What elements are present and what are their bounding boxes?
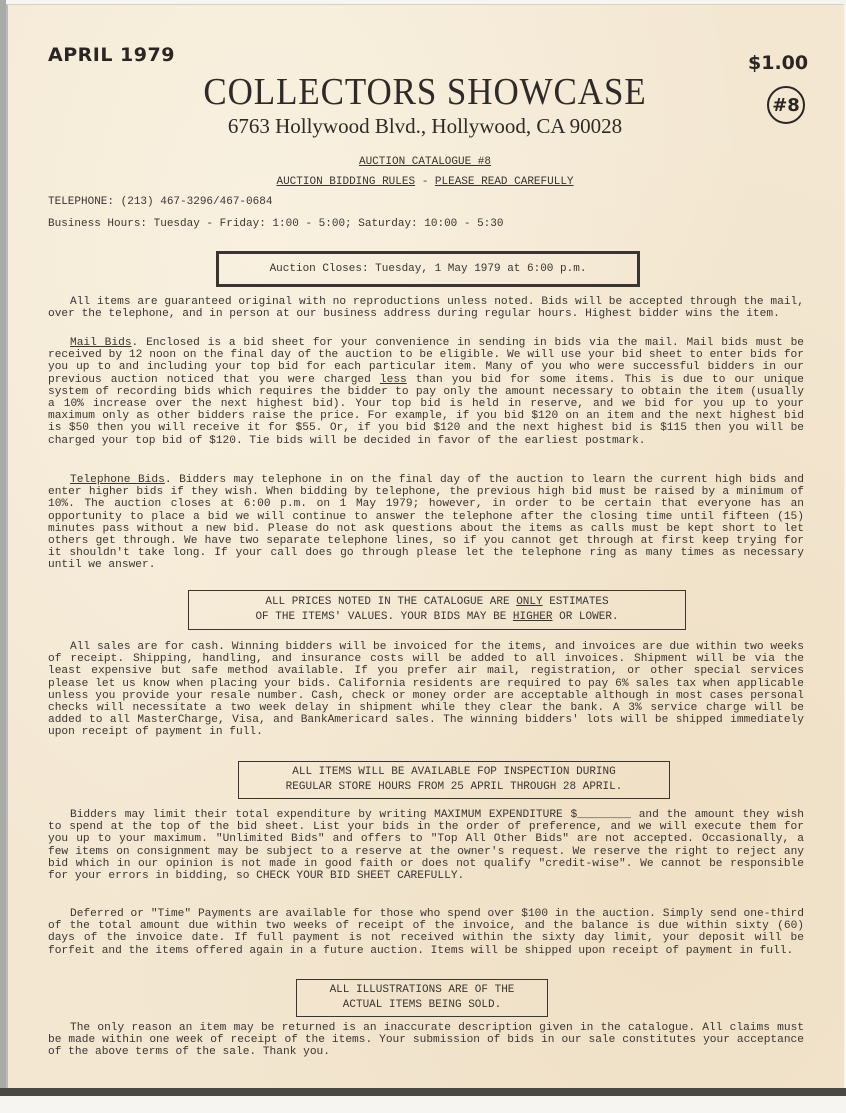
telephone-bids-paragraph: Telephone Bids. Bidders may telephone in… <box>48 474 804 572</box>
rules-separator: - <box>415 176 435 188</box>
issue-number-badge: #8 <box>767 86 805 124</box>
returns-text: The only reason an item may be returned … <box>48 1022 804 1059</box>
sales-terms-paragraph: All sales are for cash. Winning bidders … <box>48 641 804 739</box>
expenditure-limit-text: Bidders may limit their total expenditur… <box>48 809 804 882</box>
price-estimates-line-1: ALL PRICES NOTED IN THE CATALOGUE ARE ON… <box>189 595 685 610</box>
inspection-line-1: ALL ITEMS WILL BE AVAILABLE FOP INSPECTI… <box>239 765 669 780</box>
price-estimates-box: ALL PRICES NOTED IN THE CATALOGUE ARE ON… <box>188 590 686 630</box>
inspection-line-2: REGULAR STORE HOURS FROM 25 APRIL THROUG… <box>239 780 669 795</box>
less-emphasis: less <box>380 374 407 386</box>
rules-heading: AUCTION BIDDING RULES - PLEASE READ CARE… <box>140 176 710 188</box>
read-carefully-label: PLEASE READ CAREFULLY <box>435 176 574 188</box>
returns-paragraph: The only reason an item may be returned … <box>48 1022 804 1059</box>
business-hours: Business Hours: Tuesday - Friday: 1:00 -… <box>48 218 503 230</box>
auction-closing-box: Auction Closes: Tuesday, 1 May 1979 at 6… <box>216 251 640 287</box>
intro-paragraph: All items are guaranteed original with n… <box>48 296 804 320</box>
issue-date: APRIL 1979 <box>48 44 175 66</box>
telephone-bids-heading: Telephone Bids <box>70 474 165 486</box>
mail-bids-heading: Mail Bids <box>70 337 132 349</box>
sales-terms-text: All sales are for cash. Winning bidders … <box>48 641 804 739</box>
deferred-payments-paragraph: Deferred or "Time" Payments are availabl… <box>48 908 804 957</box>
publication-title: COLLECTORS SHOWCASE <box>163 70 687 114</box>
deferred-payments-text: Deferred or "Time" Payments are availabl… <box>48 908 804 957</box>
auction-closing-text: Auction Closes: Tuesday, 1 May 1979 at 6… <box>219 262 637 277</box>
intro-text: All items are guaranteed original with n… <box>48 296 804 320</box>
telephone-bids-text: . Bidders may telephone in on the final … <box>48 474 804 571</box>
price-estimates-line-2: OF THE ITEMS' VALUES. YOUR BIDS MAY BE H… <box>189 610 685 625</box>
rules-label: AUCTION BIDDING RULES <box>276 176 415 188</box>
illustrations-line-2: ACTUAL ITEMS BEING SOLD. <box>297 998 547 1013</box>
illustrations-box: ALL ILLUSTRATIONS ARE OF THE ACTUAL ITEM… <box>296 979 548 1017</box>
catalogue-label: AUCTION CATALOGUE #8 <box>359 156 491 168</box>
mail-bids-paragraph: Mail Bids. Enclosed is a bid sheet for y… <box>48 337 804 447</box>
illustrations-line-1: ALL ILLUSTRATIONS ARE OF THE <box>297 983 547 998</box>
cover-price: $1.00 <box>748 52 808 74</box>
telephone-line: TELEPHONE: (213) 467-3296/467-0684 <box>48 196 272 208</box>
expenditure-limit-paragraph: Bidders may limit their total expenditur… <box>48 809 804 882</box>
inspection-box: ALL ITEMS WILL BE AVAILABLE FOP INSPECTI… <box>238 761 670 799</box>
catalogue-heading: AUCTION CATALOGUE #8 <box>140 156 710 168</box>
page-bottom-shadow <box>0 1088 846 1096</box>
business-address: 6763 Hollywood Blvd., Hollywood, CA 9002… <box>140 114 710 139</box>
